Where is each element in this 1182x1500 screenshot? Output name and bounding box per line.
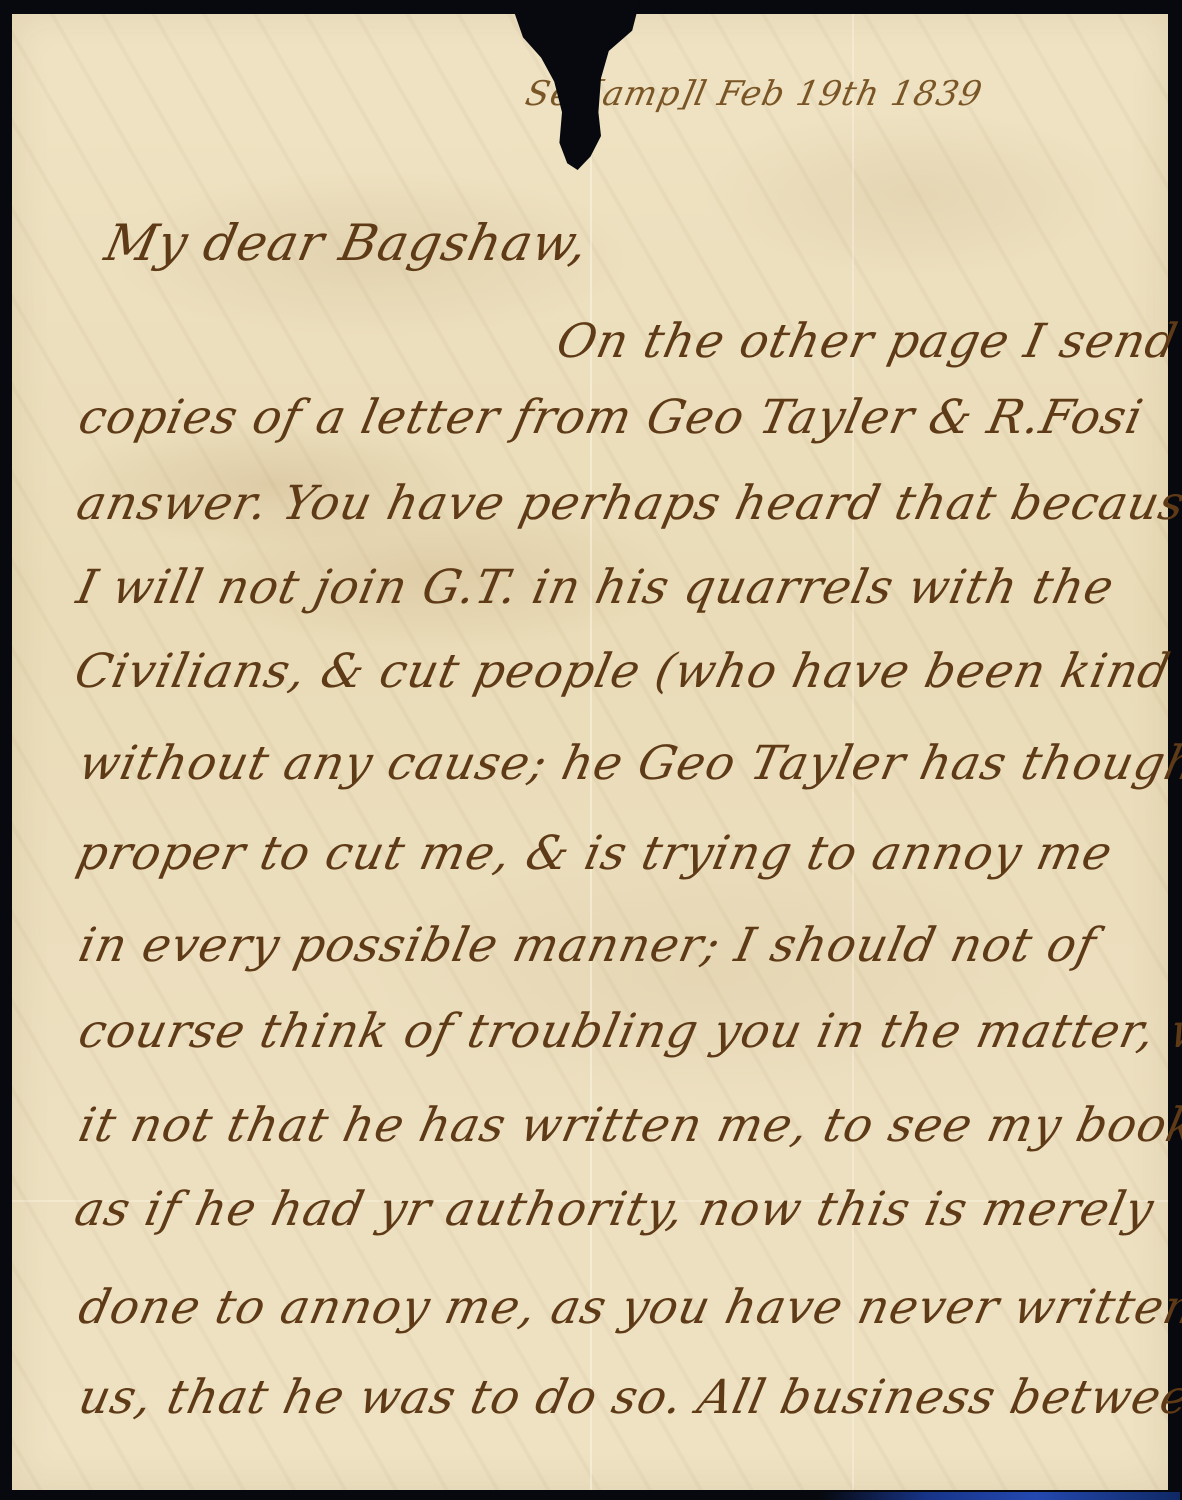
- body-line-5: Civilians, & cut people (who have been k…: [70, 644, 1182, 699]
- body-line-9: course think of troubling you in the mat…: [74, 1004, 1182, 1059]
- salutation: My dear Bagshaw,: [100, 214, 594, 272]
- body-line-12: done to annoy me, as you have never writ…: [74, 1280, 1182, 1335]
- body-line-4: I will not join G.T. in his quarrels wit…: [72, 560, 1119, 615]
- body-line-13: us, that he was to do so. All business b…: [74, 1370, 1182, 1425]
- body-line-7: proper to cut me, & is trying to annoy m…: [72, 826, 1118, 881]
- body-line-8: in every possible manner; I should not o…: [74, 918, 1101, 973]
- body-line-2: copies of a letter from Geo Tayler & R.F…: [74, 390, 1148, 445]
- body-line-1: On the other page I send you: [552, 314, 1182, 369]
- body-line-6: without any cause; he Geo Tayler has tho…: [74, 736, 1182, 791]
- scan-frame: Ser[amp]l Feb 19th 1839 My dear Bagshaw,…: [0, 0, 1182, 1500]
- body-line-11: as if he had yr authority, now this is m…: [70, 1182, 1159, 1237]
- letter-page: Ser[amp]l Feb 19th 1839 My dear Bagshaw,…: [12, 14, 1168, 1490]
- scanner-edge-glow: [820, 1492, 1180, 1500]
- body-line-10: it not that he has written me, to see my…: [74, 1098, 1182, 1153]
- body-line-3: answer. You have perhaps heard that beca…: [72, 476, 1182, 531]
